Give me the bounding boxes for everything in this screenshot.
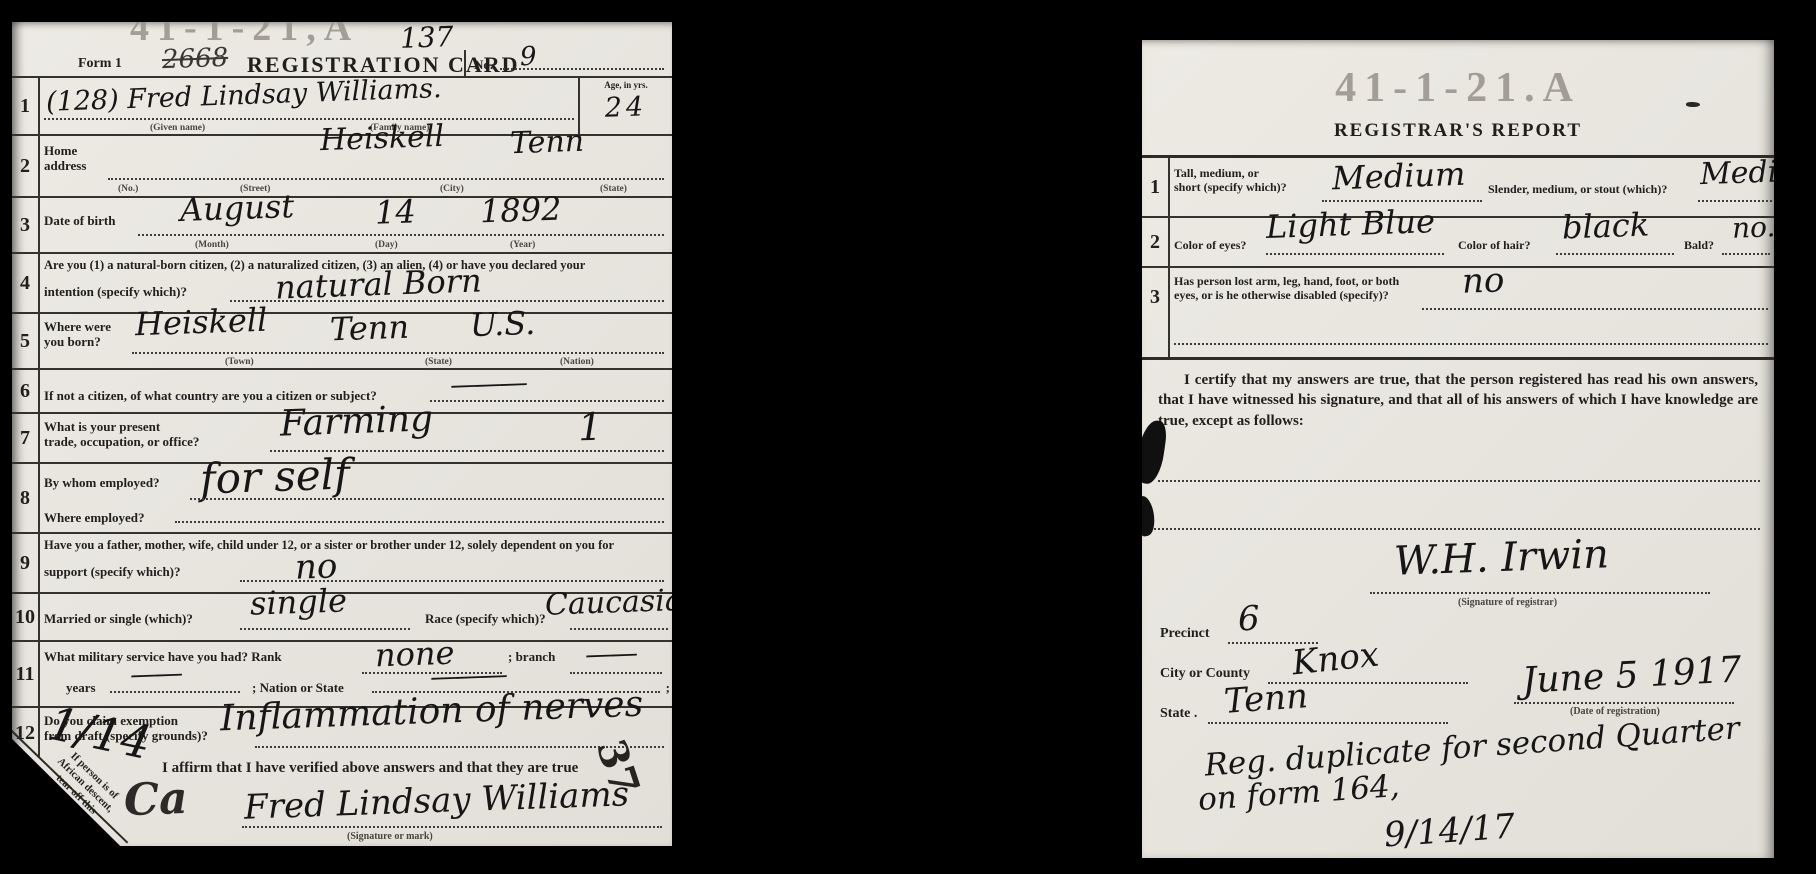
front-row-4: 4 Are you (1) a natural-born citizen, (2…	[12, 254, 672, 314]
married-line	[240, 628, 410, 630]
signature-line	[242, 826, 662, 828]
certification-block: I certify that my answers are true, that…	[1142, 360, 1774, 444]
sub-nation: (Nation)	[560, 357, 594, 367]
age-box: Age, in yrs. 24	[578, 78, 672, 134]
front-row-2: 2 Homeaddress Heiskell Tenn (No.) (Stree…	[12, 136, 672, 198]
branch-line	[570, 672, 662, 674]
row-number: 9	[12, 534, 40, 592]
registration-card-front: 41-1-21,A 137 Form 1 2668 REGISTRATION C…	[12, 22, 672, 846]
back-row-2: 2 Color of eyes? Light Blue Color of hai…	[1142, 218, 1774, 268]
state-line	[1208, 722, 1448, 724]
row-number: 5	[12, 314, 40, 368]
employer-line	[190, 498, 664, 500]
home-state-value: Tenn	[509, 127, 584, 160]
employer-label: By whom employed?	[44, 476, 160, 491]
hair-label: Color of hair?	[1458, 238, 1530, 252]
born-label: Where wereyou born?	[44, 320, 111, 350]
sub-state: (State)	[425, 357, 452, 367]
build-line	[1698, 200, 1772, 202]
row-number: 3	[1142, 268, 1170, 357]
precinct-value: 6	[1237, 602, 1260, 637]
registrant-signature: Fred Lindsay Williams	[244, 777, 630, 824]
disability-answer: no	[1461, 263, 1505, 298]
dob-day: 14	[374, 195, 416, 228]
front-row-3: 3 Date of birth August 14 1892 (Month) (…	[12, 198, 672, 254]
affirmation-text: I affirm that I have verified above answ…	[162, 760, 578, 777]
eyes-line	[1266, 253, 1444, 255]
row-number: 1	[1142, 158, 1170, 216]
born-line	[132, 352, 664, 354]
state-label: State .	[1160, 706, 1197, 722]
exception-line-2	[1154, 528, 1760, 530]
married-answer: single	[249, 584, 347, 619]
front-header: 41-1-21,A 137 Form 1 2668 REGISTRATION C…	[12, 22, 672, 78]
row-number: 8	[12, 464, 40, 532]
registration-date-line	[1514, 702, 1734, 704]
ink-blot-2	[1142, 495, 1157, 538]
born-nation: U.S.	[469, 307, 535, 341]
dob-year: 1892	[479, 193, 562, 228]
sub-town: (Town)	[225, 357, 254, 367]
build-answer: Medium	[1700, 156, 1774, 190]
back-row-3: 3 Has person lost arm, leg, hand, foot, …	[1142, 268, 1774, 360]
report-title: REGISTRAR'S REPORT	[1142, 120, 1774, 142]
home-address-label: Homeaddress	[44, 144, 86, 174]
note-line-3: 9/14/17	[1383, 809, 1516, 852]
no-value: 9	[520, 44, 537, 71]
front-row-10: 10 Married or single (which)? single Rac…	[12, 594, 672, 642]
location-fields: Precinct 6 City or County Knox State . T…	[1142, 610, 1774, 730]
certification-text: I certify that my answers are true, that…	[1142, 360, 1774, 431]
registration-date-value: June 5 1917	[1521, 652, 1742, 699]
exception-line-1	[1158, 480, 1760, 482]
eyes-label: Color of eyes?	[1174, 238, 1246, 252]
build-question-2: Slender, medium, or stout (which)?	[1488, 182, 1667, 196]
state-value: Tenn	[1223, 679, 1309, 719]
citizen-line	[230, 300, 664, 302]
precinct-label: Precinct	[1160, 626, 1210, 642]
registrant-name: (128) Fred Lindsay Williams.	[46, 75, 442, 116]
sub-day: (Day)	[375, 240, 398, 250]
citizen-answer: natural Born	[275, 264, 483, 303]
extra-blank-line	[1174, 343, 1768, 345]
not-citizen-answer: ———	[450, 369, 526, 400]
trade-mark: 1	[577, 408, 602, 447]
dob-month: August	[179, 190, 294, 226]
military-years: ——	[130, 659, 181, 689]
military-nation: ———	[430, 661, 506, 692]
branch-label: ; branch	[508, 650, 555, 665]
years-label: years	[66, 681, 96, 696]
form-label: Form 1	[78, 56, 122, 72]
row-number: 7	[12, 414, 40, 462]
registrar-signature: W.H. Irwin	[1393, 534, 1609, 581]
serial-handwritten: 137	[400, 23, 454, 53]
signature-label: (Signature or mark)	[347, 831, 433, 842]
registrars-report-card: 41-1-21.A REGISTRAR'S REPORT 1 Tall, med…	[1142, 40, 1774, 858]
registration-date-label: (Date of registration)	[1570, 706, 1660, 717]
no-line	[500, 68, 664, 70]
sub-state: (State)	[600, 184, 627, 194]
back-row-1: 1 Tall, medium, orshort (specify which)?…	[1142, 158, 1774, 218]
years-line	[110, 691, 240, 693]
row-number: 3	[12, 198, 40, 252]
row-number: 6	[12, 370, 40, 412]
hair-line	[1556, 253, 1674, 255]
bald-label: Bald?	[1684, 238, 1714, 252]
trade-answer: Farming	[279, 401, 433, 442]
crossed-out-scribble: 2668	[162, 45, 229, 73]
row-number: 10	[12, 594, 40, 640]
disability-label: Has person lost arm, leg, hand, foot, or…	[1174, 274, 1399, 303]
corner-mark	[1686, 102, 1700, 107]
sub-year: (Year)	[510, 240, 535, 250]
age-value: 24	[580, 92, 672, 122]
sub-no: (No.)	[118, 184, 138, 194]
born-state: Tenn	[329, 311, 409, 346]
trade-label: What is your presenttrade, occupation, o…	[44, 420, 199, 450]
born-town: Heiskell	[134, 304, 267, 341]
city-value: Knox	[1290, 638, 1380, 681]
bald-line	[1722, 253, 1770, 255]
no-label: No.	[474, 58, 493, 73]
height-answer: Medium	[1331, 158, 1465, 195]
military-branch: ——	[585, 639, 636, 669]
exception-line-1-row	[1142, 444, 1774, 490]
hair-answer: black	[1561, 208, 1649, 243]
registrar-signature-label: (Signature of registrar)	[1458, 597, 1557, 608]
no-divider	[464, 50, 466, 76]
dob-line	[138, 234, 664, 236]
registrar-signature-line	[1370, 592, 1710, 594]
employer-answer: for self	[199, 453, 350, 500]
home-city-value: Heiskell	[320, 122, 445, 156]
disability-line	[1422, 308, 1768, 310]
scanned-document-background: 41-1-21,A 137 Form 1 2668 REGISTRATION C…	[0, 0, 1816, 874]
notes-block: Reg. duplicate for second Quarter on for…	[1142, 730, 1774, 858]
name-line	[44, 118, 574, 120]
row-number: 1	[12, 78, 40, 134]
race-line	[570, 628, 668, 630]
file-number-stamp: 41-1-21.A	[1142, 64, 1774, 112]
height-line	[1322, 200, 1482, 202]
dob-label: Date of birth	[44, 214, 116, 229]
dependents-line	[240, 580, 664, 582]
where-employed-line	[175, 521, 664, 523]
row-number: 2	[12, 136, 40, 196]
bald-answer: no.	[1732, 213, 1774, 242]
build-label: Tall, medium, orshort (specify which)?	[1174, 166, 1287, 195]
age-label: Age, in yrs.	[580, 78, 672, 90]
city-label: City or County	[1160, 666, 1250, 682]
ink-blot	[1142, 419, 1168, 486]
nation-end-mark: ;	[666, 681, 670, 696]
front-row-8: 8 By whom employed? for self Where emplo…	[12, 464, 672, 534]
row-number: 4	[12, 254, 40, 312]
where-employed-label: Where employed?	[44, 511, 145, 526]
race-label: Race (specify which)?	[425, 612, 546, 627]
married-label: Married or single (which)?	[44, 612, 193, 627]
row-number: 2	[1142, 218, 1170, 266]
sub-given-name: (Given name)	[150, 123, 205, 133]
race-answer: Caucasian	[545, 585, 672, 620]
front-row-5: 5 Where wereyou born? Heiskell Tenn U.S.…	[12, 314, 672, 370]
exception-line-2-row	[1142, 490, 1774, 540]
back-header: 41-1-21.A REGISTRAR'S REPORT	[1142, 40, 1774, 158]
not-citizen-line	[430, 400, 664, 402]
citizen-question-line2: intention (specify which)?	[44, 285, 187, 300]
sub-month: (Month)	[195, 240, 229, 250]
eyes-answer: Light Blue	[1265, 205, 1435, 243]
sub-city: (City)	[440, 184, 464, 194]
row-number: 11	[12, 642, 40, 706]
dependents-label-line2: support (specify which)?	[44, 565, 181, 580]
signature-scribble: Ca	[123, 777, 188, 823]
address-line	[108, 178, 664, 180]
